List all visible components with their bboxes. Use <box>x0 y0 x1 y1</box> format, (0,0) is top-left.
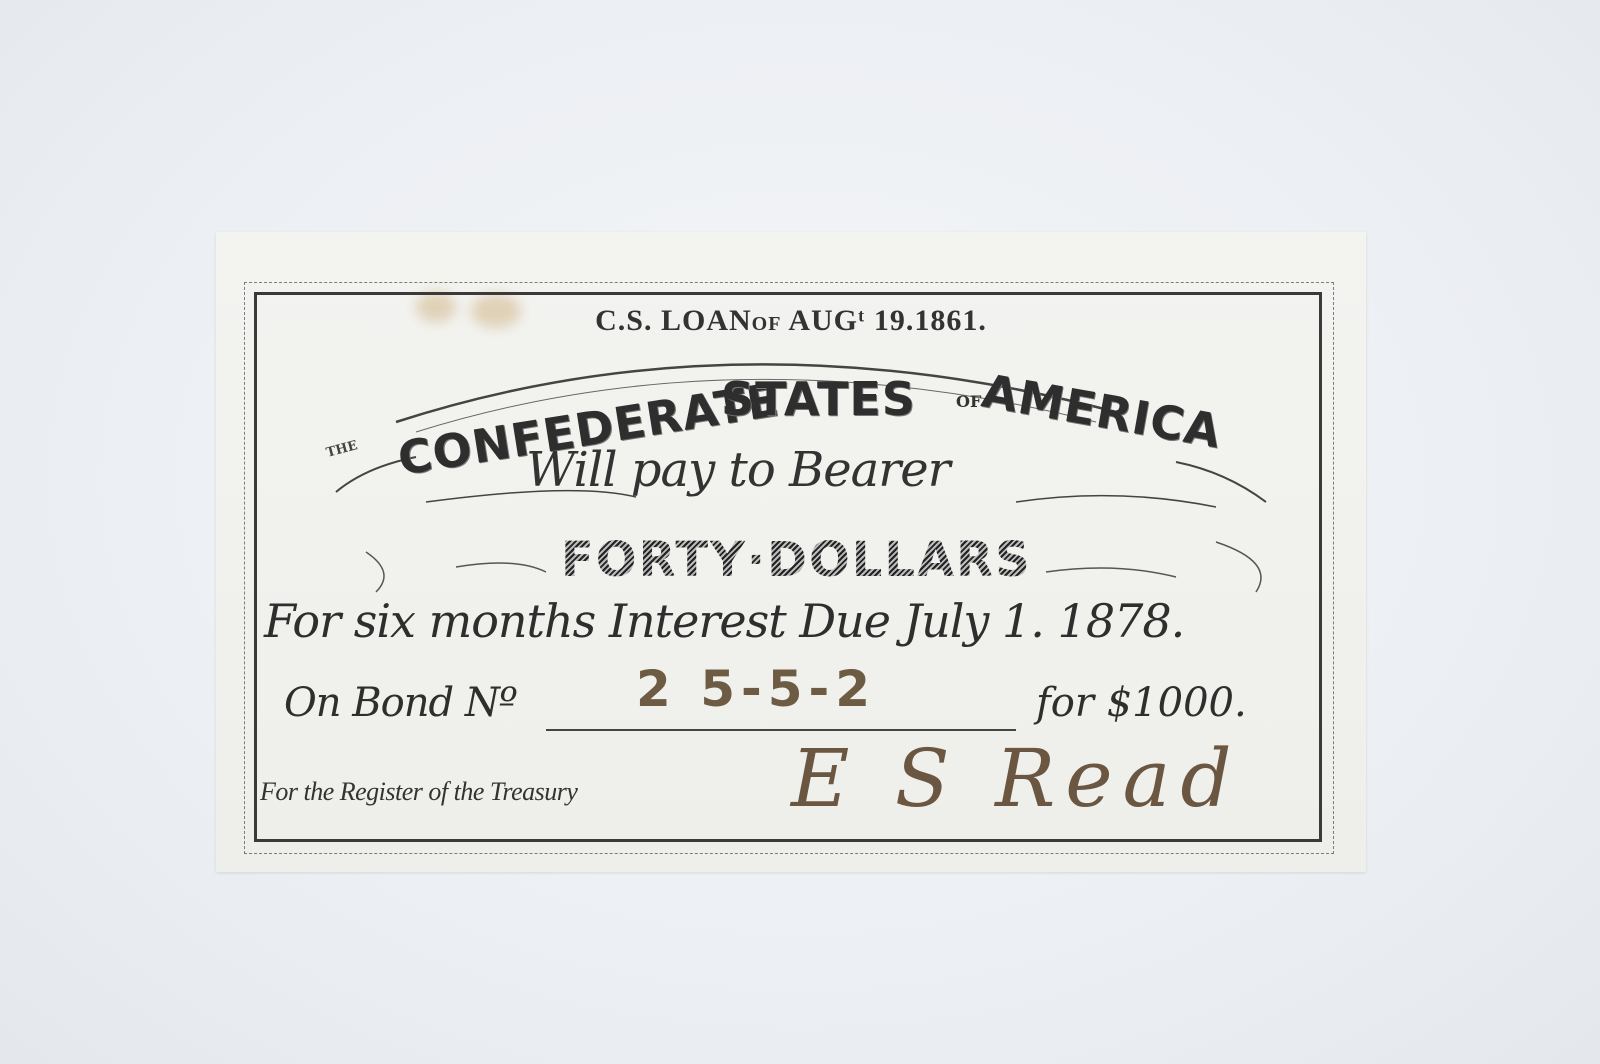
issuer-word-states: STATES <box>721 372 916 426</box>
bond-number: 2 5-5-2 <box>636 660 876 718</box>
bond-coupon: C.S. LOANOF AUGᵗ 19.1861. THE CONFEDERAT… <box>216 232 1366 872</box>
signature: E S Read <box>791 732 1242 825</box>
register-label: For the Register of the Treasury <box>260 777 577 807</box>
bond-number-underline <box>546 729 1016 731</box>
denomination: for $1000. <box>1036 680 1247 726</box>
interest-line: For six months Interest Due July 1. 1878… <box>264 594 1184 648</box>
amount-text: FORTY·DOLLARS <box>561 532 1032 588</box>
bond-label: On Bond Nº <box>284 680 517 726</box>
promise-text: Will pay to Bearer <box>526 442 950 498</box>
issuer-word-america: AMERICA <box>978 363 1225 458</box>
